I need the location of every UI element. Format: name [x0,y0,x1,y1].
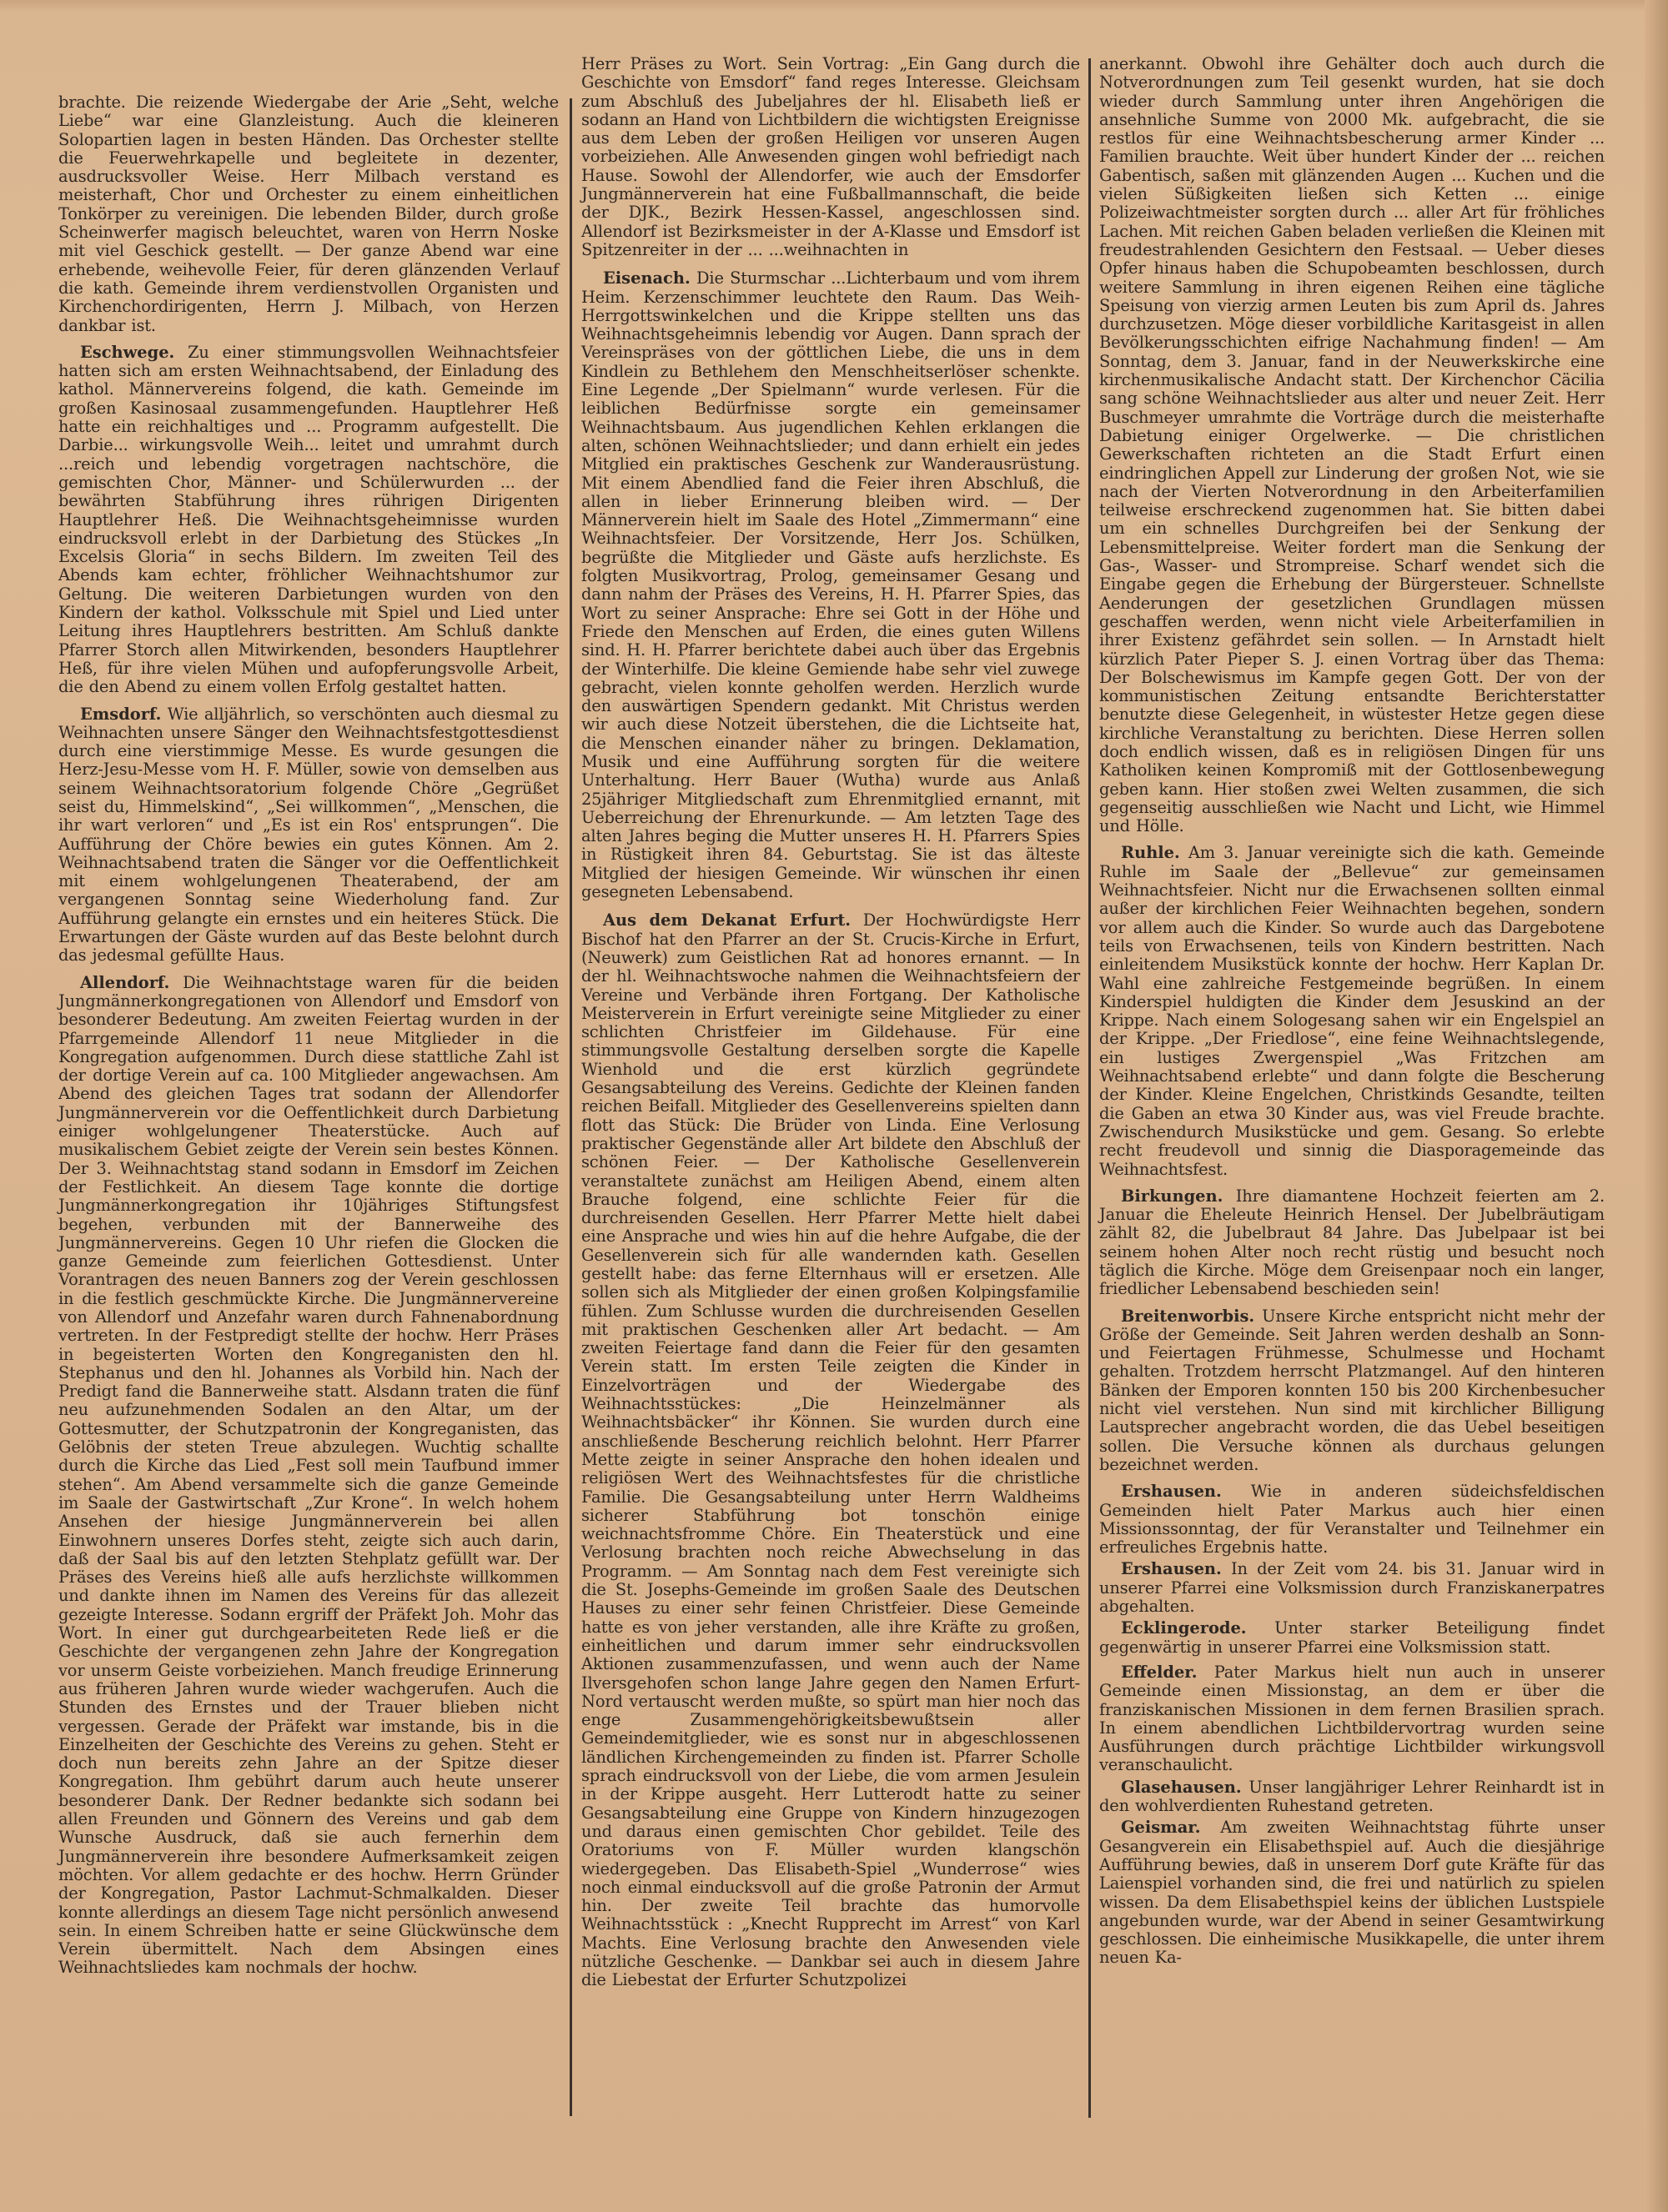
article-ruhle: Ruhle. Am 3. Januar vereinigte sich die … [1099,844,1605,1178]
column-3: anerkannt. Obwohl ihre Gehälter doch auc… [1099,55,1605,1968]
place-heading: Geismar. [1121,1818,1200,1837]
article-allendorf: Allendorf. Die Weihnachtstage waren für … [58,974,559,1978]
place-heading: Ecklingerode. [1121,1618,1247,1638]
place-heading: Eschwege. [80,343,174,362]
article-ershausen-2: Ershausen. In der Zeit vom 24. bis 31. J… [1099,1560,1605,1616]
paragraph-text: Zu einer stimmungsvollen Weihnachtsfeier… [58,343,559,696]
column-rule-1 [570,98,572,2116]
place-heading: Aus dem Dekanat Erfurt. [603,910,851,930]
place-heading: Emsdorf. [80,705,161,724]
column-2: Herr Präses zu Wort. Sein Vortrag: „Ein … [581,55,1080,1990]
column-rule-2 [1088,58,1091,2118]
article-breitenworbis: Breitenworbis. Unsere Kirche entspricht … [1099,1307,1605,1475]
place-heading: Allendorf. [80,973,169,992]
paragraph-text: Die Sturmschar ...Lichterbaum und vom ih… [581,268,1080,901]
article-birkungen: Birkungen. Ihre diamantene Hochzeit feie… [1099,1187,1605,1299]
article-eschwege: Eschwege. Zu einer stimmungsvollen Weihn… [58,344,559,697]
paragraph: Herr Präses zu Wort. Sein Vortrag: „Ein … [581,55,1080,259]
paragraph-text: Am zweiten Weihnachtstag führte unser Ge… [1099,1818,1605,1967]
place-heading: Effelder. [1121,1663,1197,1682]
article-ecklingerode: Ecklingerode. Unter starker Beteiligung … [1099,1619,1605,1657]
paragraph-text: Unsere Kirche entspricht nicht mehr der … [1099,1307,1605,1474]
article-dekanat-erfurt: Aus dem Dekanat Erfurt. Der Hochwürdigst… [581,911,1080,1989]
place-heading: Eisenach. [603,268,691,288]
place-heading: Ershausen. [1121,1482,1222,1501]
article-emsdorf: Emsdorf. Wie alljährlich, so verschönten… [58,705,559,966]
paragraph-text: brachte. Die reizende Wiedergabe der Ari… [58,93,559,335]
paragraph-text: Herr Präses zu Wort. Sein Vortrag: „Ein … [581,54,1080,259]
article-geismar: Geismar. Am zweiten Weihnachtstag führte… [1099,1818,1605,1967]
paragraph-text: Die Weihnachtstage waren für die beiden … [58,973,559,1978]
column-1: brachte. Die reizende Wiedergabe der Ari… [58,93,559,1978]
place-heading: Birkungen. [1121,1186,1223,1206]
paragraph-text: Wie alljährlich, so verschönten auch die… [58,705,559,966]
article-glasehausen: Glasehausen. Unser langjähriger Lehrer R… [1099,1778,1605,1816]
place-heading: Breitenworbis. [1121,1307,1254,1326]
paragraph-text: Am 3. Januar vereinigte sich die kath. G… [1099,843,1605,1178]
article-effelder: Effelder. Pater Markus hielt nun auch in… [1099,1663,1605,1775]
article-eisenach: Eisenach. Die Sturmschar ...Lichterbaum … [581,269,1080,901]
paragraph-text: anerkannt. Obwohl ihre Gehälter doch auc… [1099,54,1605,835]
page-edge-shadow [1645,0,1668,2212]
paragraph-text: Der Hochwürdigste Herr Bischof hat den P… [581,910,1080,1989]
article-ershausen-1: Ershausen. Wie in anderen südeichsfeldis… [1099,1482,1605,1557]
paragraph: brachte. Die reizende Wiedergabe der Ari… [58,93,559,335]
place-heading: Ershausen. [1121,1559,1222,1578]
place-heading: Ruhle. [1121,843,1180,862]
paragraph: anerkannt. Obwohl ihre Gehälter doch auc… [1099,55,1605,835]
place-heading: Glasehausen. [1121,1778,1242,1797]
